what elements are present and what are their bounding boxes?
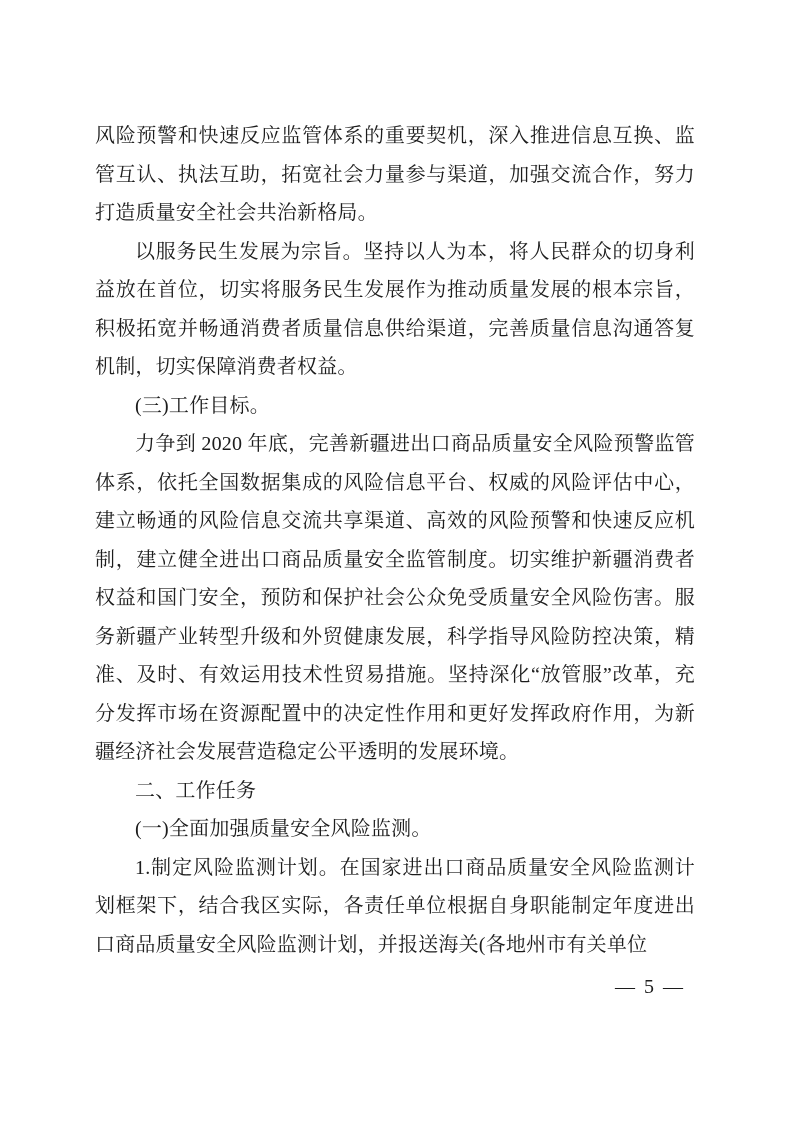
document-page: 风险预警和快速反应监管体系的重要契机，深入推进信息互换、监管互认、执法互助，拓宽… [0,0,793,1122]
sub-heading-risk-monitoring: (一)全面加强质量安全风险监测。 [95,810,695,849]
page-number: — 5 — [615,972,685,1002]
document-text-block: 风险预警和快速反应监管体系的重要契机，深入推进信息互换、监管互认、执法互助，拓宽… [95,117,695,964]
body-paragraph-cut-off: 1.制定风险监测计划。在国家进出口商品质量安全风险监测计划框架下，结合我区实际，… [95,849,695,965]
section-heading-work-tasks: 二、工作任务 [95,772,695,811]
body-paragraph: 力争到 2020 年底，完善新疆进出口商品质量安全风险预警监管体系，依托全国数据… [95,425,695,772]
body-paragraph: 以服务民生发展为宗旨。坚持以人为本，将人民群众的切身利益放在首位，切实将服务民生… [95,233,695,387]
sub-heading-work-goals: (三)工作目标。 [95,387,695,426]
body-paragraph-continuation: 风险预警和快速反应监管体系的重要契机，深入推进信息互换、监管互认、执法互助，拓宽… [95,117,695,233]
